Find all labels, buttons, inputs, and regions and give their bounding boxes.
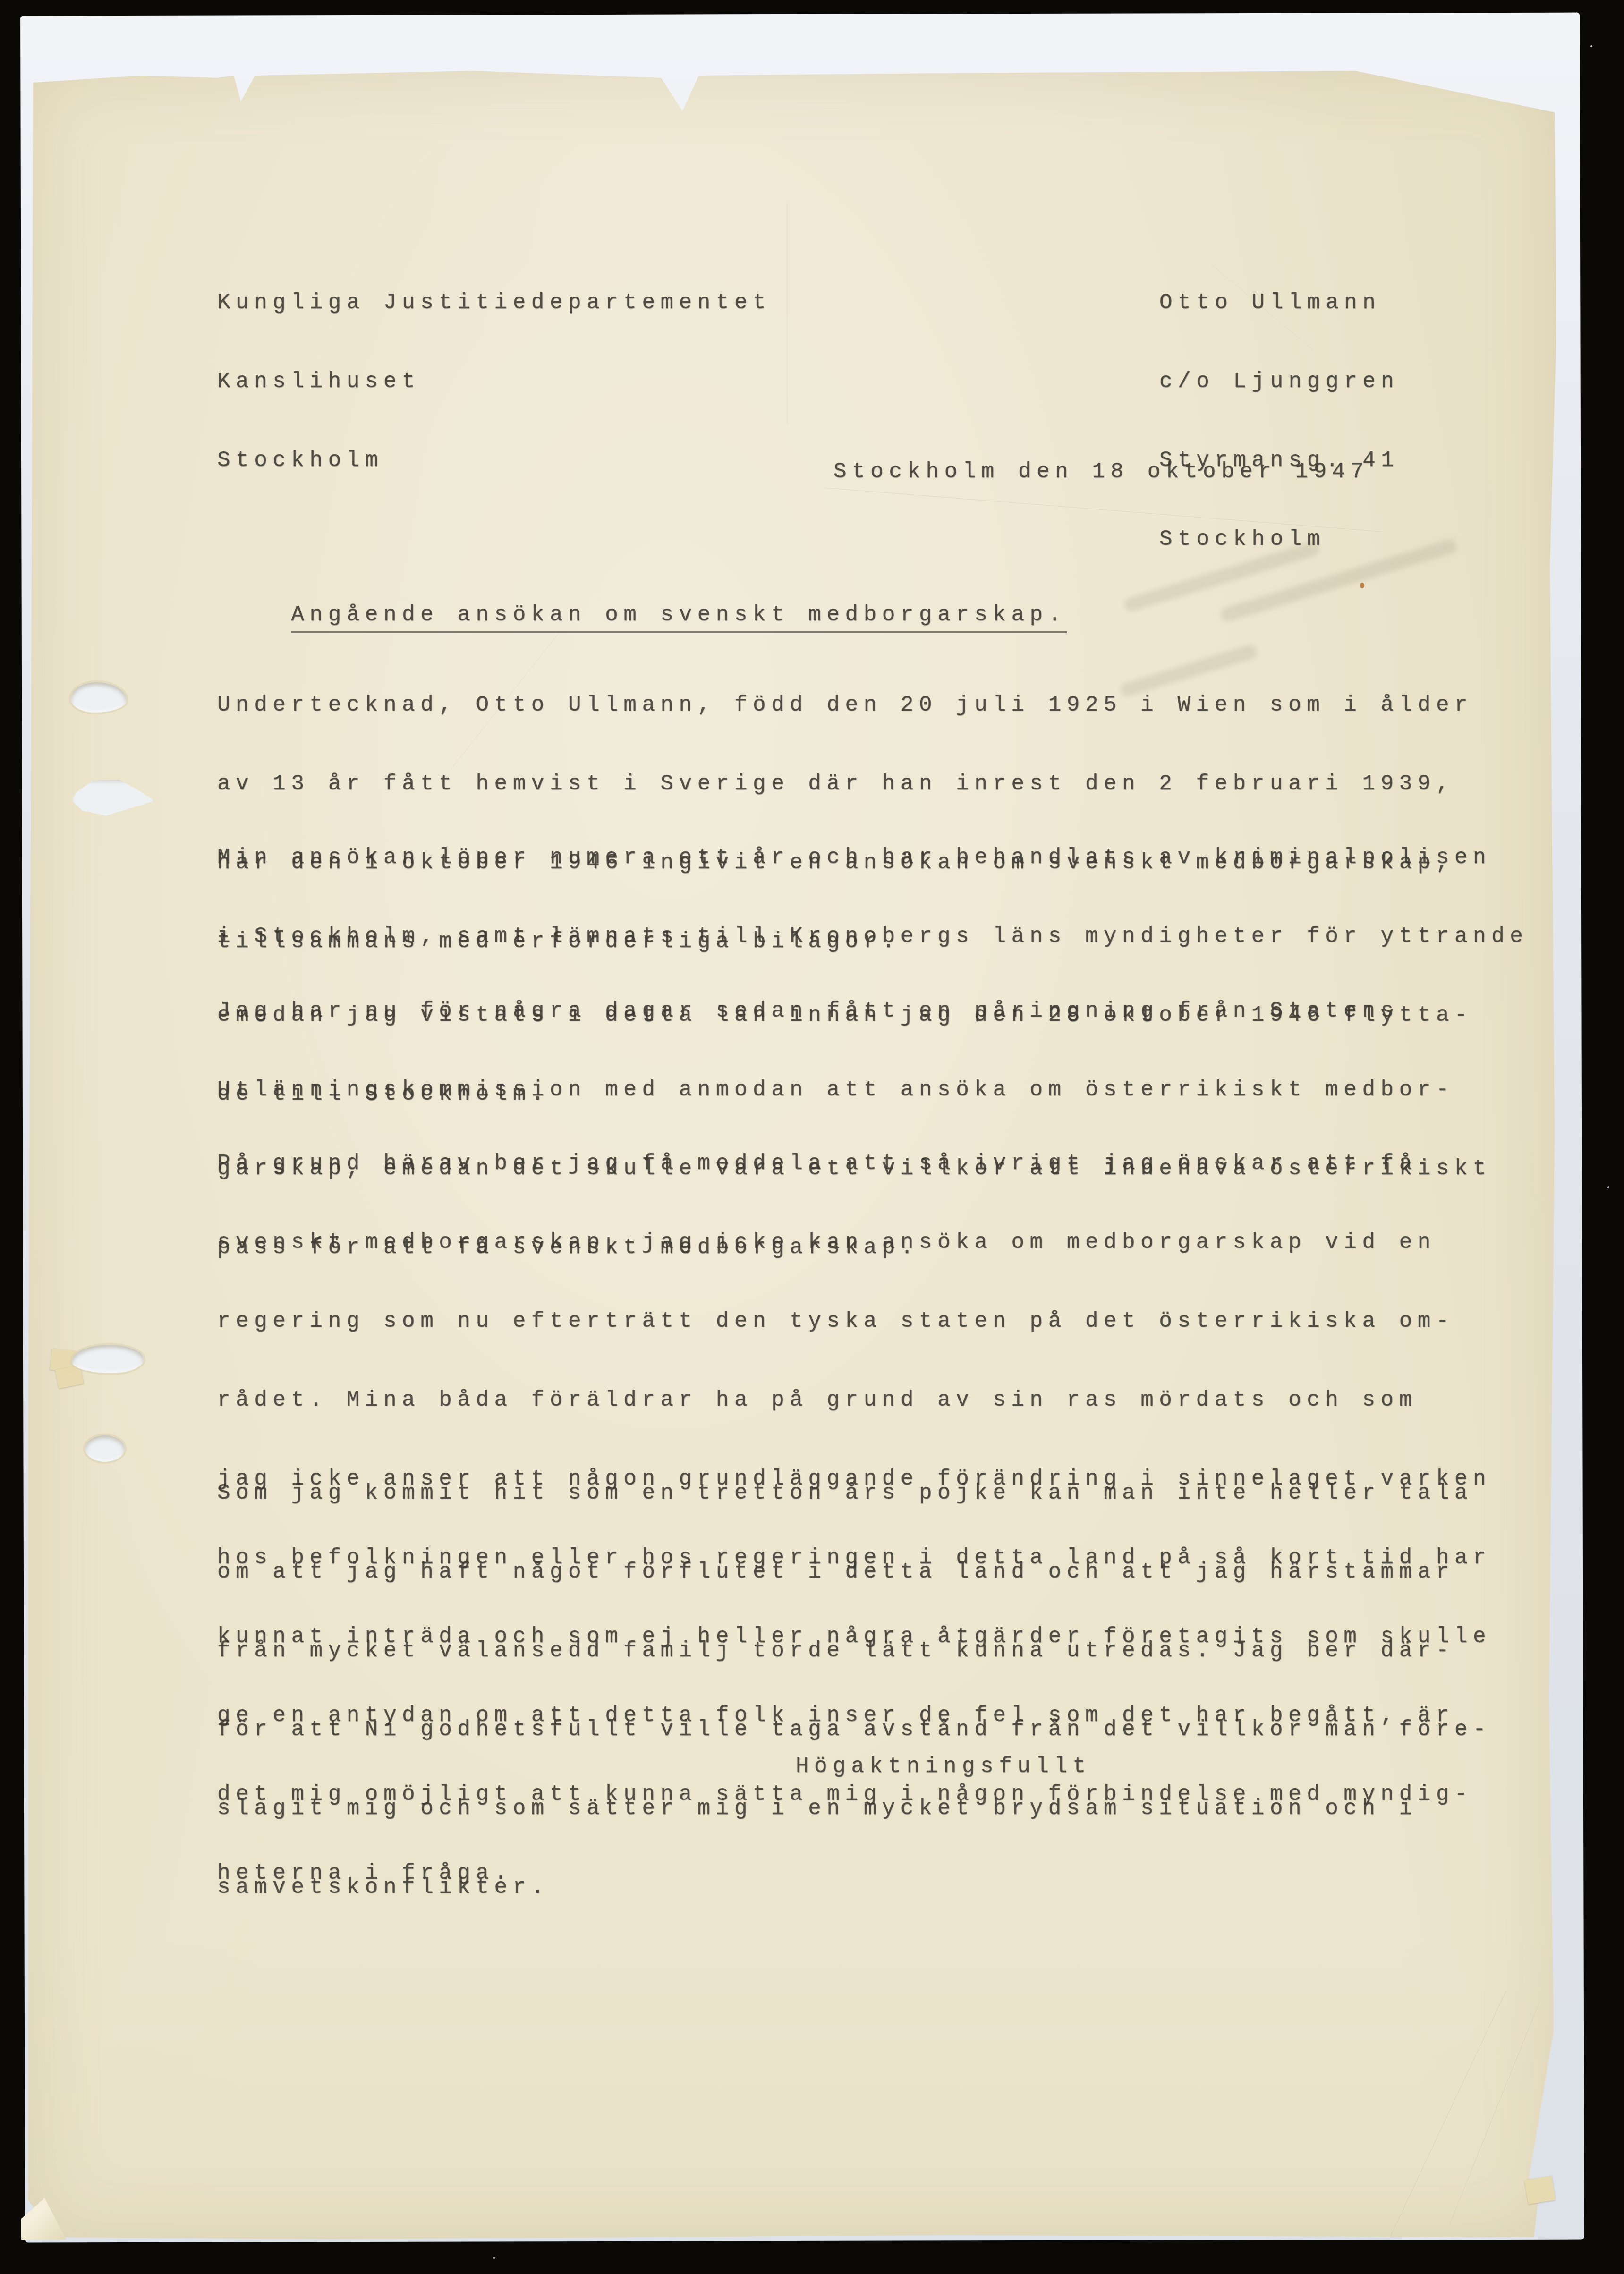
body-line: Jag har nu för några dagar sedan fått en… xyxy=(217,996,1491,1026)
body-line: På grund härav ber jag få meddela att så… xyxy=(217,1149,1491,1179)
crease xyxy=(787,203,788,425)
body-line: svenskt medborgarskap, jag icke kan ansö… xyxy=(217,1228,1491,1257)
tape-fragment xyxy=(1524,2176,1555,2204)
body-line: från mycket välansedd familj torde lätt … xyxy=(217,1636,1491,1666)
body-line: slagit mig och som sätter mig i en mycke… xyxy=(217,1794,1491,1824)
body-line: Min ansökan löper numera ett år och har … xyxy=(217,843,1528,873)
body-line: Som jag kommit hit som en tretton års po… xyxy=(217,1478,1491,1508)
sender-address: Otto Ullmann c/o Ljunggren Styrmansg. 41… xyxy=(1159,239,1399,603)
dust-speck xyxy=(1607,1186,1609,1188)
recipient-line: Kungliga Justitiedepartementet xyxy=(217,288,771,318)
sender-line: c/o Ljunggren xyxy=(1159,367,1399,397)
body-line: samvetskonflikter. xyxy=(217,1873,1491,1902)
recipient-line: Kanslihuset xyxy=(217,367,771,397)
body-line: om att jag haft något förflutet i detta … xyxy=(217,1557,1491,1587)
subject-line: Angående ansökan om svenskt medborgarska… xyxy=(217,578,1067,652)
body-paragraph-5: Som jag kommit hit som en tretton års po… xyxy=(217,1429,1491,1952)
punch-hole xyxy=(85,1435,125,1462)
scanned-letter-page: Kungliga Justitiedepartementet Kanslihus… xyxy=(0,0,1624,2274)
sender-line: Stockholm xyxy=(1159,525,1399,554)
subject-text: Angående ansökan om svenskt medborgarska… xyxy=(291,602,1066,633)
dust-speck xyxy=(493,2257,495,2259)
dust-speck xyxy=(1590,45,1592,47)
body-line: för att Ni godhetsfullt ville taga avstå… xyxy=(217,1715,1491,1745)
date-line: Stockholm den 18 oktober 1947 xyxy=(833,457,1369,487)
recipient-address: Kungliga Justitiedepartementet Kanslihus… xyxy=(217,239,771,525)
closing-salutation: Högaktningsfullt xyxy=(796,1752,1091,1782)
body-line: regering som nu efterträtt den tyska sta… xyxy=(217,1307,1491,1336)
body-line: rådet. Mina båda föräldrar ha på grund a… xyxy=(217,1385,1491,1415)
body-line: Undertecknad, Otto Ullmann, född den 20 … xyxy=(217,690,1473,720)
sender-line: Otto Ullmann xyxy=(1159,288,1399,318)
recipient-line: Stockholm xyxy=(217,446,771,475)
